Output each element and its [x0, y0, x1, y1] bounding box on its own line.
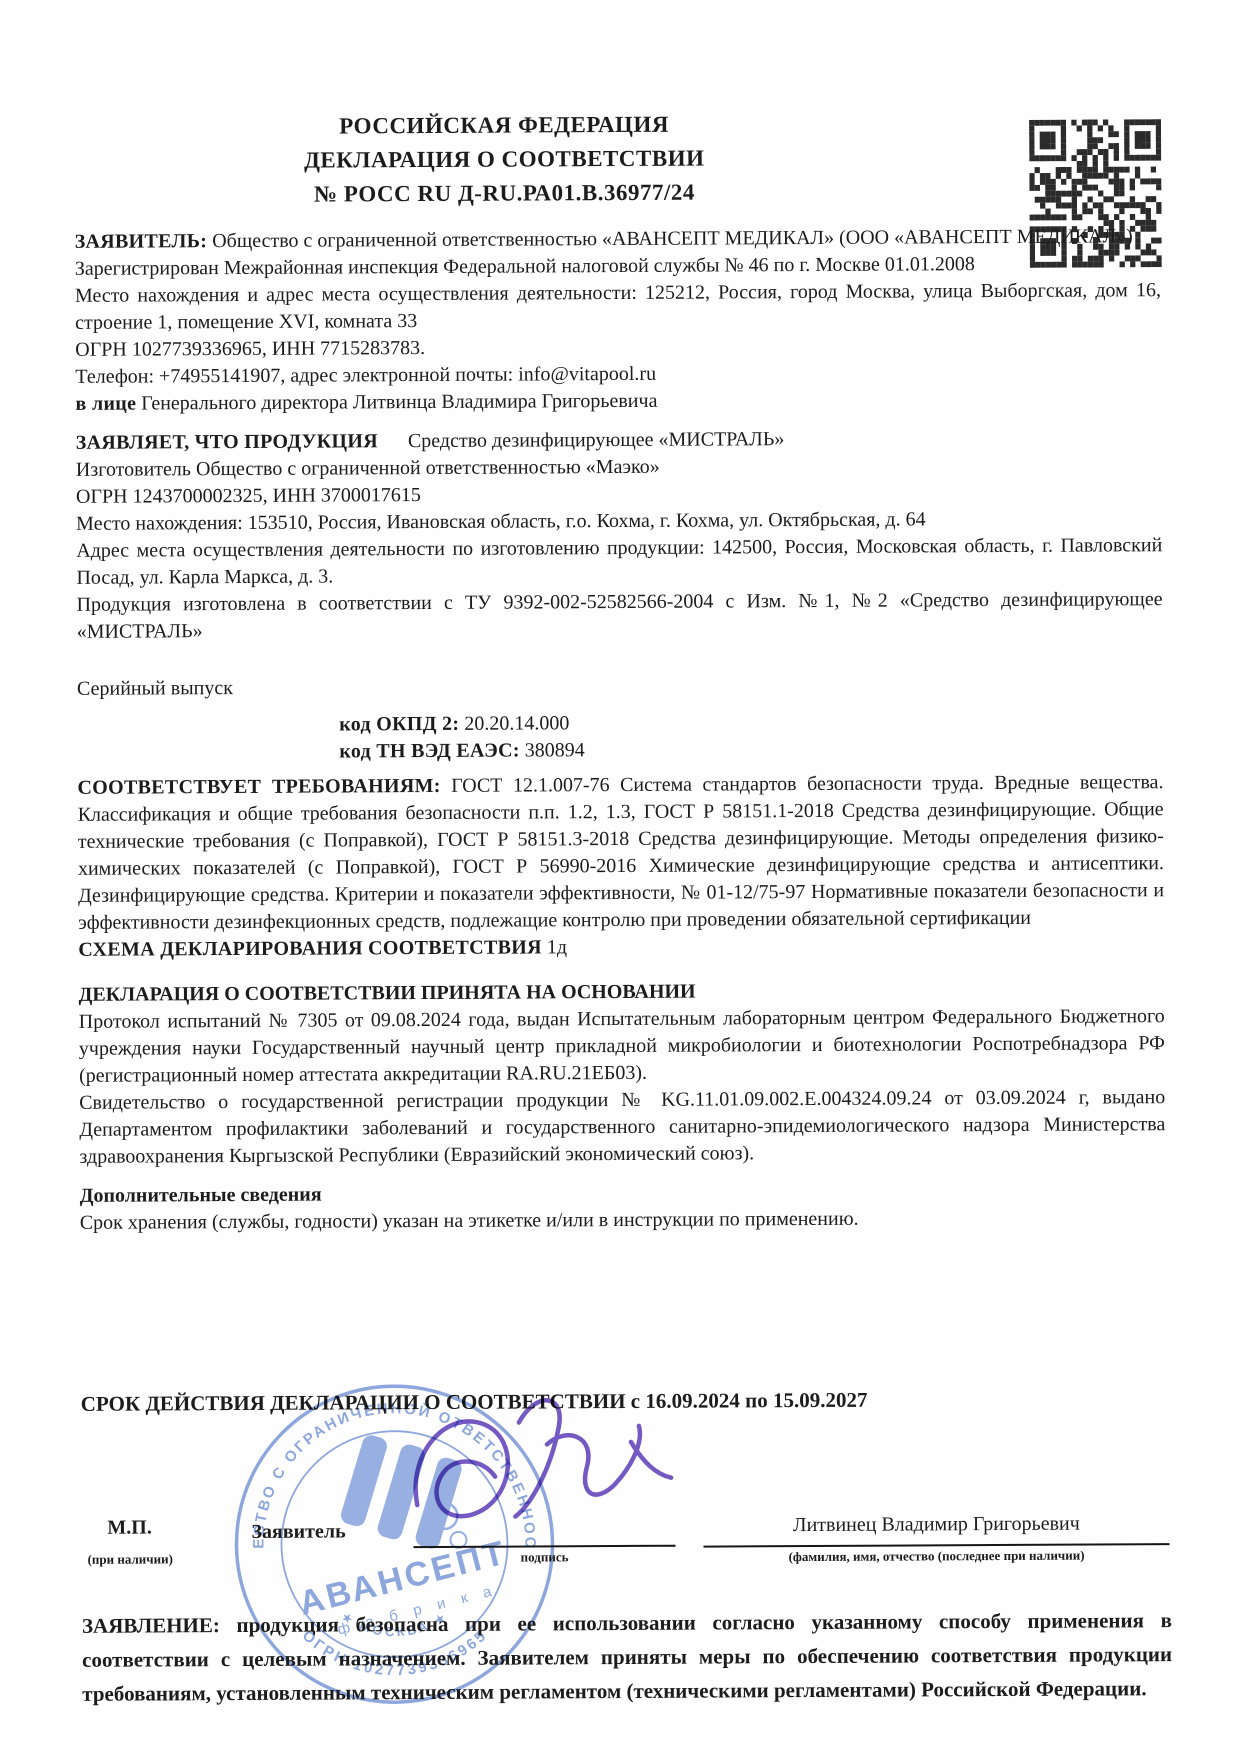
- signer-name-caption: (фамилия, имя, отчество (последнее при н…: [704, 1547, 1170, 1565]
- final-statement: ЗАЯВЛЕНИЕ: продукция безопасна при ее ис…: [82, 1603, 1173, 1711]
- applicant-line: ЗАЯВИТЕЛЬ: Общество с ограниченной ответ…: [75, 223, 1161, 256]
- applicant-label: ЗАЯВИТЕЛЬ:: [75, 230, 208, 253]
- stamp-place-label: М.П.: [107, 1516, 152, 1539]
- stamp-logo-stripes: [338, 1431, 464, 1553]
- stamp-place-note: (при наличии): [88, 1551, 173, 1567]
- signer-name-line: [704, 1543, 1170, 1547]
- made-according-line: Продукция изготовлена в соответствии с Т…: [76, 586, 1162, 646]
- applicant-name: Общество с ограниченной ответственностью…: [212, 225, 1133, 252]
- production-address: Адрес места осуществления деятельности п…: [76, 532, 1162, 592]
- document-header: РОССИЙСКАЯ ФЕДЕРАЦИЯ ДЕКЛАРАЦИЯ О СООТВЕ…: [74, 106, 935, 213]
- svg-text:ОБЩЕСТВО С ОГРАНИЧЕННОЙ ОТВЕТС: ОБЩЕСТВО С ОГРАНИЧЕННОЙ ОТВЕТСТВЕННОСТЬЮ: [250, 1399, 539, 1551]
- declaration-document: РОССИЙСКАЯ ФЕДЕРАЦИЯ ДЕКЛАРАЦИЯ О СООТВЕ…: [0, 0, 1240, 1754]
- tnved-code-line: код ТН ВЭД ЕАЭС: 380894: [339, 734, 1163, 765]
- stamp-ring-top-text: ОБЩЕСТВО С ОГРАНИЧЕННОЙ ОТВЕТСТВЕННОСТЬЮ: [250, 1399, 539, 1551]
- signature-caption: подпись: [414, 1549, 676, 1566]
- signer-name: Литвинец Владимир Григорьевич: [703, 1512, 1169, 1537]
- basis-certificate: Свидетельство о государственной регистра…: [79, 1084, 1165, 1171]
- signature-line: [414, 1545, 676, 1548]
- header-title: ДЕКЛАРАЦИЯ О СООТВЕТСТВИИ: [74, 140, 934, 179]
- serial-release: Серийный выпуск: [77, 670, 1163, 703]
- additional-info-text: Срок хранения (службы, годности) указан …: [80, 1204, 1166, 1237]
- okpd-code-line: код ОКПД 2: 20.20.14.000: [339, 707, 1163, 738]
- applicant-sign-label: Заявитель: [251, 1520, 345, 1543]
- basis-protocol: Протокол испытаний № 7305 от 09.08.2024 …: [79, 1003, 1165, 1090]
- in-person-label: в лице: [75, 393, 136, 415]
- validity-line: СРОК ДЕЙСТВИЯ ДЕКЛАРАЦИИ О СООТВЕТСТВИИ …: [81, 1386, 1167, 1417]
- applicant-in-person: в лице Генерального директора Литвинца В…: [75, 385, 1161, 418]
- stamp-logo-circle: [431, 1503, 457, 1529]
- declares-label: ЗАЯВЛЯЕТ, ЧТО ПРОДУКЦИЯ: [76, 430, 378, 454]
- declaration-number: № РОСС RU Д-RU.РА01.В.36977/24: [74, 174, 934, 213]
- conformity-label: СООТВЕТСТВУЕТ ТРЕБОВАНИЯМ:: [77, 775, 440, 799]
- header-country: РОССИЙСКАЯ ФЕДЕРАЦИЯ: [74, 106, 934, 145]
- product-name: Средство дезинфицирующее «МИСТРАЛЬ»: [408, 428, 785, 452]
- conformity-paragraph: СООТВЕТСТВУЕТ ТРЕБОВАНИЯМ: ГОСТ 12.1.007…: [77, 769, 1164, 937]
- scheme-line: СХЕМА ДЕКЛАРИРОВАНИЯ СООТВЕТСТВИЯ 1д: [78, 931, 1164, 964]
- validity-period: с 16.09.2024 по 15.09.2027: [631, 1388, 868, 1413]
- document-body: ЗАЯВИТЕЛЬ: Общество с ограниченной ответ…: [75, 223, 1166, 1237]
- applicant-address: Место нахождения и адрес места осуществл…: [75, 277, 1161, 337]
- stamp-logo-circle-small: [450, 1532, 466, 1548]
- statement-label: ЗАЯВЛЕНИЕ:: [82, 1613, 220, 1638]
